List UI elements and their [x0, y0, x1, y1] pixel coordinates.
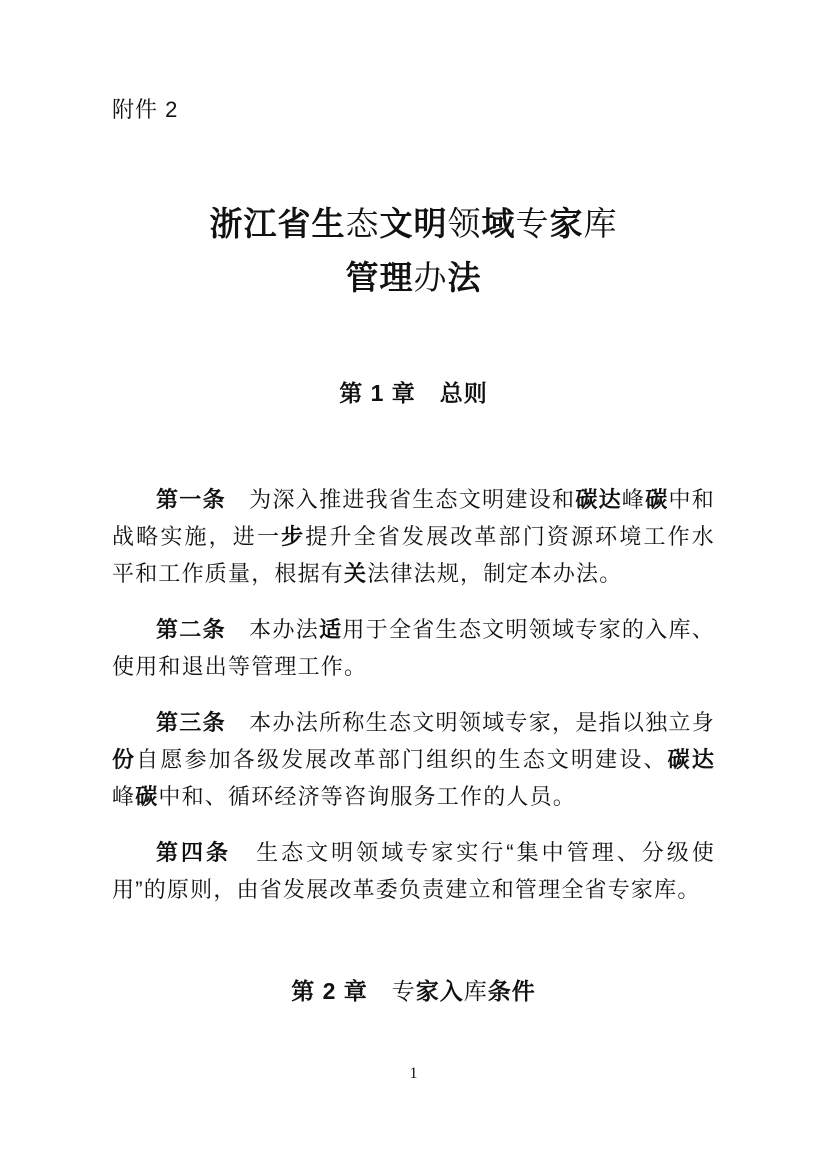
document-page: 附件 2 浙江省生态文明领域专家库 管理办法 第 1 章 总则 第一条 为深入推… [0, 0, 827, 1169]
document-title-line-1: 浙江省生态文明领域专家库 [112, 197, 715, 251]
paragraph-article-4: 第四条 生态文明领域专家实行“集中管理、分级使用”的原则，由省发展改革委负责建立… [112, 834, 715, 908]
chapter-2-heading: 第 2 章 专家入库条件 [112, 973, 715, 1009]
chapter-1-heading: 第 1 章 总则 [112, 375, 715, 411]
document-title-line-2: 管理办法 [112, 251, 715, 305]
paragraph-article-1: 第一条 为深入推进我省生态文明建设和碳达峰碳中和战略实施，进一步提升全省发展改革… [112, 481, 715, 592]
paragraph-article-2: 第二条 本办法适用于全省生态文明领域专家的入库、使用和退出等管理工作。 [112, 611, 715, 685]
page-number: 1 [112, 1063, 715, 1085]
document-title: 浙江省生态文明领域专家库 管理办法 [112, 197, 715, 305]
attachment-label: 附件 2 [112, 95, 715, 125]
paragraph-article-3: 第三条 本办法所称生态文明领域专家，是指以独立身份自愿参加各级发展改革部门组织的… [112, 704, 715, 815]
document-body: 第一条 为深入推进我省生态文明建设和碳达峰碳中和战略实施，进一步提升全省发展改革… [112, 481, 715, 908]
